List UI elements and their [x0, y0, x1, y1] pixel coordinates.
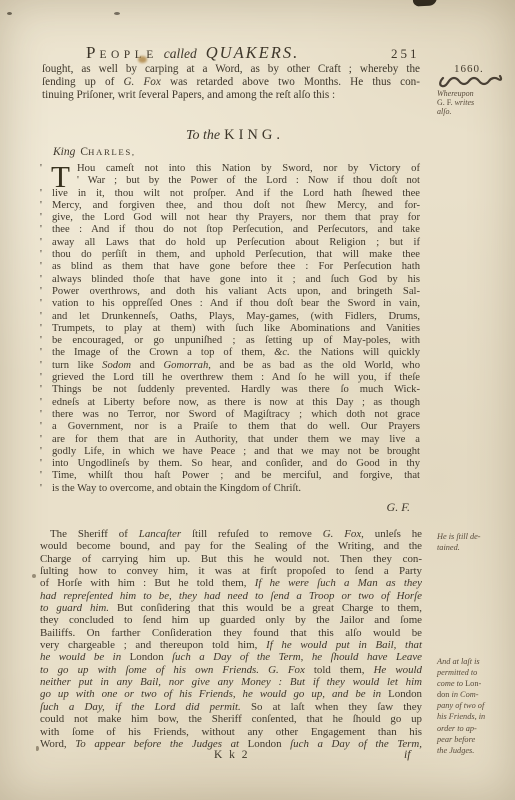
signature-mark: K k 2 [214, 749, 250, 761]
text-line: Bailiffs. On farther Conſideration they … [40, 627, 422, 639]
text-line: 'Mercy, and forgiven thee, and thou doſt… [52, 200, 420, 212]
text-run: Bailiffs. On farther Conſideration they … [40, 627, 422, 639]
text-line: to guard him. But conſidering that this … [40, 602, 422, 614]
year-label: 1660. [437, 63, 511, 75]
text-run: London [388, 688, 422, 700]
letter-lines: 'Hou cameſt not into this Nation by Swor… [52, 163, 420, 495]
quote-mark: ' [40, 458, 42, 470]
text-run: would become bound, and pay for the Seal… [40, 540, 422, 552]
text-run: and [131, 360, 164, 371]
text-line: tained. [437, 543, 511, 554]
text-line: go up with one or two of his Friends, he… [40, 688, 422, 700]
quote-mark: ' [40, 347, 42, 359]
quote-mark: ' [40, 421, 42, 433]
ink-speck [114, 12, 120, 15]
text-line: ' War ; but by the Power of the Lord : N… [52, 175, 420, 187]
text-run: Trumpets, to play at them) with ſuch lik… [52, 323, 420, 334]
margin-note-text: WhereuponG. F. writesalſo. [437, 89, 511, 117]
ink-speck [7, 12, 12, 15]
catchword: if [404, 749, 410, 761]
text-run: as blind as them that have gone before t… [52, 261, 420, 272]
intro-paragraph: ſought, as well by carping at a Word, as… [42, 63, 420, 102]
text-run: into Ungodlineſs by them. So hear, and c… [52, 458, 420, 469]
text-line: of Horſe with him : But he told them, If… [40, 577, 422, 589]
text-line: 'Time, whilſt thou haſt Power ; and be m… [52, 470, 420, 482]
text-line: don in Com- [437, 689, 511, 700]
text-run: to go up with ſome of his own Friends. [40, 664, 268, 676]
text-line: 'is the Way to overcome, and obtain the … [52, 483, 420, 495]
text-line: ſuch a Day, if the Lord did permit. So a… [40, 701, 422, 713]
text-run: writes [453, 98, 475, 107]
quote-mark: ' [40, 212, 42, 224]
text-run: ſulting how to convey him, it was at fir… [40, 565, 422, 577]
running-header: PEOPLE called QUAKERS. 251 [0, 43, 515, 63]
text-line: would become bound, and pay for the Seal… [40, 540, 422, 552]
quote-mark: ' [40, 384, 42, 396]
text-run: alſo. [437, 107, 451, 116]
text-run: So at laſt when they ſaw they [241, 701, 422, 713]
text-run: But conſidering that this would be a gre… [109, 602, 422, 614]
text-run: always blinded thoſe that have gone into… [52, 274, 420, 285]
text-line: ſulting how to convey him, it was at fir… [40, 565, 422, 577]
narrative-paragraph: The Sheriff of Lancaſter ſtill refuſed t… [40, 528, 422, 750]
text-line: 'thee : And if thou do not ſtop Perſecut… [52, 224, 420, 236]
text-line: 'always blinded thoſe that have gone int… [52, 274, 420, 286]
text-run: Whereupon [437, 89, 474, 98]
text-run: Charge of carrying him up. But this he w… [40, 553, 422, 565]
quote-mark: ' [40, 286, 42, 298]
text-run: come to [437, 679, 465, 688]
text-run: be encouraged, or go unpuniſhed ; as ſet… [52, 335, 420, 346]
text-run: had repreſented him to be, they had need… [40, 590, 422, 602]
text-line: tinuing Priſoner, writ ſeveral Papers, a… [42, 89, 420, 102]
text-line: 'Hou cameſt not into this Nation by Swor… [52, 163, 420, 175]
title-quakers: QUAKERS. [206, 43, 299, 62]
salutation-king: King [53, 146, 75, 158]
quote-mark: ' [40, 237, 42, 249]
text-run: And at laſt is [437, 657, 480, 666]
text-run: Hou cameſt not into this Nation by Sword… [77, 163, 420, 174]
book-page: PEOPLE called QUAKERS. 251 ſought, as we… [0, 0, 515, 800]
text-run: ' War ; but by the Power of the Lord : N… [77, 175, 420, 186]
ink-blemish [413, 0, 437, 7]
text-run: give, the Lord God will not hear thy Pra… [52, 212, 420, 223]
text-run: tained. [437, 543, 460, 552]
text-run: away all Laws that do hold up Perſecutio… [52, 237, 420, 248]
text-line: 'Trumpets, to play at them) with ſuch li… [52, 323, 420, 335]
text-line: 'the Image of the Crown a top of them, &… [52, 347, 420, 359]
text-line: to go up with ſome of his own Friends. G… [40, 664, 422, 676]
text-run: pany of two of [437, 701, 484, 710]
text-line: order to ap- [437, 723, 511, 734]
text-line: 'into Ungodlineſs by them. So hear, and … [52, 458, 420, 470]
text-run: the Image of the Crown a top of them, [52, 347, 274, 358]
text-run: live in it, thou wilt not proſper. And i… [52, 188, 420, 199]
text-run: there was no Terror, nor Sword of Magiſt… [52, 409, 420, 420]
text-line: very chargeable ; and thereupon told him… [40, 639, 422, 651]
quote-mark: ' [40, 434, 42, 446]
text-line: 'grieved the Lord till he overthrew them… [52, 372, 420, 384]
text-line: Whereupon [437, 89, 511, 98]
text-run: Lancaſter [139, 528, 181, 540]
text-run: are for them that are in Authority, that… [52, 434, 420, 445]
text-run: , and be as bad as the old World, who [208, 360, 420, 371]
letter-signature: G. F. [40, 500, 416, 515]
text-line: 'edneſs at Liberty before now, as there … [52, 397, 420, 409]
text-line: The Sheriff of Lancaſter ſtill refuſed t… [40, 528, 422, 540]
text-run: The Sheriff of [50, 528, 139, 540]
text-run: pear before [437, 735, 475, 744]
text-run: Sodom [102, 360, 131, 371]
quote-mark: ' [40, 261, 42, 273]
ink-speck [32, 574, 36, 578]
text-run: If he were ſuch a Man as they [255, 577, 422, 589]
text-line: Charge of carrying him up. But this he w… [40, 553, 422, 565]
heading-to-the: To the [186, 128, 220, 143]
text-line: 'away all Laws that do hold up Perſecuti… [52, 237, 420, 249]
quote-mark: ' [40, 163, 42, 175]
text-run: ſtill refuſed to remove [181, 528, 323, 540]
text-run: his Friends, in [437, 712, 485, 721]
text-line: he would be in London ſuch a Day of the … [40, 651, 422, 663]
text-run: order to ap- [437, 724, 477, 733]
text-run: London [130, 651, 164, 663]
page-footer: K k 2 if [0, 749, 515, 765]
text-line: 'Things be not ſuddenly prevented. Hardl… [52, 384, 420, 396]
text-run: thee : And if thou do not ſtop Perſecuti… [52, 224, 420, 235]
quote-mark: ' [40, 274, 42, 286]
wavy-flourish-icon [438, 75, 504, 88]
text-run: He would [374, 664, 422, 676]
text-run: Time, whilſt thou haſt Power ; and be me… [52, 470, 420, 481]
text-run: Lon- [465, 679, 481, 688]
text-line: could not make him bow, the Sheriff conſ… [40, 713, 422, 725]
text-run: Mercy, and forgiven thee, and thou doſt … [52, 200, 420, 211]
quote-mark: ' [40, 249, 42, 261]
quote-mark: ' [40, 224, 42, 236]
text-line: pear before [437, 734, 511, 745]
quote-mark: ' [40, 298, 42, 310]
text-run: thou do perſiſt in them, and uphold Perſ… [52, 249, 420, 260]
text-line: pany of two of [437, 700, 511, 711]
text-run: G. F. [437, 98, 453, 107]
text-run: very chargeable ; and thereupon told him… [40, 639, 266, 651]
text-line: G. F. writes [437, 98, 511, 107]
letter-body: T 'Hou cameſt not into this Nation by Sw… [52, 163, 420, 495]
quote-mark: ' [40, 188, 42, 200]
text-run: ſending up of [42, 76, 123, 88]
text-run: vation to his oppreſſed Ones : And if th… [52, 298, 420, 309]
text-line: 'are for them that are in Authority, tha… [52, 434, 420, 446]
text-run: a Government, nor is a Praiſe to them th… [52, 421, 420, 432]
text-run: they concluded to ſend him up guarded on… [40, 614, 422, 626]
margin-note-detained: He is ſtill de-tained. [437, 532, 511, 553]
quote-mark: ' [40, 470, 42, 482]
text-run: don [437, 690, 449, 699]
text-run: G. Fox [268, 664, 305, 676]
text-run: is the Way to overcome, and obtain the K… [52, 483, 301, 494]
text-line: 'vation to his oppreſſed Ones : And if t… [52, 298, 420, 310]
text-line: And at laſt is [437, 656, 511, 667]
text-run: ſuch a Day of the Term, he ſhould have L… [164, 651, 422, 663]
text-run: Power overthrows, and doth his valiant A… [52, 286, 420, 297]
text-line: 'turn like Sodom and Gomorrah, and be as… [52, 360, 420, 372]
quote-mark: ' [40, 200, 42, 212]
text-line: come to Lon- [437, 678, 511, 689]
text-run: permitted to [437, 668, 477, 677]
text-line: 'give, the Lord God will not hear thy Pr… [52, 212, 420, 224]
text-run: ſuch a Day, if the Lord did permit. [40, 701, 241, 713]
quote-mark: ' [40, 483, 42, 495]
text-run: grieved the Lord till he overthrew them … [52, 372, 420, 383]
margin-note-year: 1660. WhereuponG. F. writesalſo. [437, 63, 511, 117]
text-run: turn like [52, 360, 102, 371]
text-run: told them, [305, 664, 374, 676]
text-line: 'a Government, nor is a Praiſe to them t… [52, 421, 420, 433]
text-run: G. Fox [323, 528, 361, 540]
text-run: with ſome of his Friends, without any ot… [40, 726, 422, 738]
quote-mark: ' [40, 372, 42, 384]
title-people: EOPLE [99, 49, 157, 61]
text-run: He is ſtill de- [437, 532, 481, 541]
text-run: he would be in [40, 651, 130, 663]
quote-mark: ' [40, 397, 42, 409]
text-run: tinuing Priſoner, writ ſeveral Papers, a… [42, 89, 335, 101]
title-called: called [164, 46, 197, 61]
text-line: had repreſented him to be, they had need… [40, 590, 422, 602]
text-line: with ſome of his Friends, without any ot… [40, 726, 422, 738]
text-run: of Horſe with him : But he told them, [40, 577, 255, 589]
text-line: alſo. [437, 107, 511, 116]
text-line: his Friends, in [437, 711, 511, 722]
heading-king: KING. [224, 127, 284, 143]
text-run: go up with one or two of his Friends, he… [40, 688, 388, 700]
margin-note-london: And at laſt ispermitted tocome to Lon-do… [437, 656, 511, 756]
page-number: 251 [391, 46, 420, 62]
text-line: ſending up of G. Fox was retarded above … [42, 76, 420, 89]
text-run: ſought, as well by carping at a Word, as… [42, 63, 420, 75]
quote-mark: ' [40, 323, 42, 335]
page-title: PEOPLE called QUAKERS. [86, 43, 299, 63]
text-line: they concluded to ſend him up guarded on… [40, 614, 422, 626]
text-run: If he would put in Bail, that [266, 639, 422, 651]
text-run: neither put in any Bail, nor give any Mo… [40, 676, 422, 688]
salutation-name: HARLES, [88, 147, 136, 157]
text-run: and let Drunkenneſs, Oaths, Plays, May-g… [52, 311, 420, 322]
quote-mark: ' [40, 409, 42, 421]
text-line: 'there was no Terror, nor Sword of Magiſ… [52, 409, 420, 421]
text-run: Gomorrah [164, 360, 209, 371]
text-line: permitted to [437, 667, 511, 678]
text-run: the Nations will quickly [290, 347, 420, 358]
text-run: edneſs at Liberty before now, as there i… [52, 397, 420, 408]
quote-mark: ' [40, 360, 42, 372]
quote-mark: ' [40, 446, 42, 458]
text-line: 'and let Drunkenneſs, Oaths, Plays, May-… [52, 311, 420, 323]
text-run: in Com- [449, 690, 478, 699]
salutation-initial: C [80, 146, 88, 158]
text-run: G. Fox [123, 76, 160, 88]
text-line: 'live in it, thou wilt not proſper. And … [52, 188, 420, 200]
letter-heading: To theKING. [40, 119, 430, 146]
text-line: 'Power overthrows, and doth his valiant … [52, 286, 420, 298]
text-run: Things be not ſuddenly prevented. Hardly… [52, 384, 420, 395]
text-line: 'be encouraged, or go unpuniſhed ; as ſe… [52, 335, 420, 347]
text-line: He is ſtill de- [437, 532, 511, 543]
letter-salutation: KingCHARLES, [53, 146, 136, 158]
text-run: godly Life, in which we have Peace ; and… [52, 446, 420, 457]
text-line: 'as blind as them that have gone before … [52, 261, 420, 273]
text-run: could not make him bow, the Sheriff conſ… [40, 713, 422, 725]
title-initial: P [86, 43, 99, 62]
text-line: neither put in any Bail, nor give any Mo… [40, 676, 422, 688]
text-line: 'thou do perſiſt in them, and uphold Per… [52, 249, 420, 261]
text-line: ſought, as well by carping at a Word, as… [42, 63, 420, 76]
text-run: was retarded above two Months. He thus c… [161, 76, 420, 88]
text-run: to guard him. [40, 602, 109, 614]
quote-mark: ' [40, 311, 42, 323]
text-run: , unleſs he [361, 528, 422, 540]
quote-mark: ' [40, 335, 42, 347]
text-line: 'godly Life, in which we have Peace ; an… [52, 446, 420, 458]
text-run: &c. [274, 347, 290, 358]
